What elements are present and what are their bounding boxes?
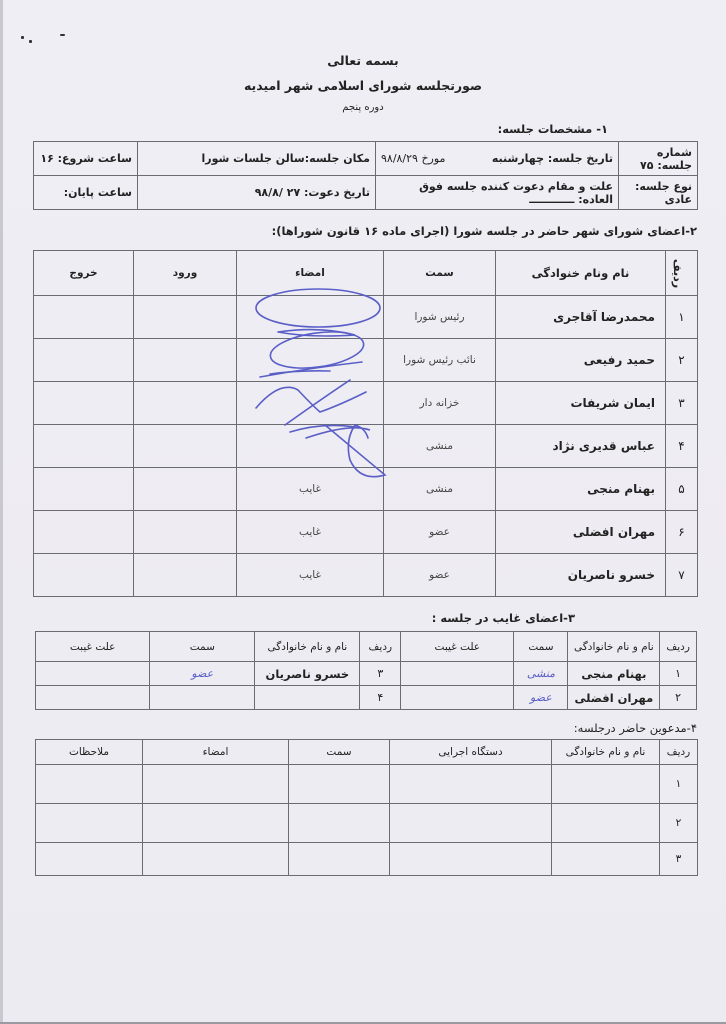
col-position: سمت (289, 740, 390, 765)
col-position: سمت (514, 632, 568, 662)
signature-3-stroke (256, 387, 366, 412)
absent-name: خسرو ناصریان (255, 662, 360, 686)
absence-reason (401, 662, 514, 686)
invitation-date: تاریخ دعوت: ۲۷ /۹۸/۸ (138, 176, 376, 210)
member-exit (34, 382, 134, 425)
extraordinary-reason: علت و مقام دعوت کننده جلسه فوق العاده: ـ… (376, 176, 619, 210)
absent-name: بهنام منجی (568, 662, 660, 686)
scan-speck (60, 34, 65, 36)
member-name: محمدرضا آقاجری (496, 296, 666, 339)
table-row: ۲ (36, 804, 698, 843)
invitee-signature (143, 765, 289, 804)
col-exit: خروج (34, 251, 134, 296)
signature-4-stroke (325, 425, 385, 477)
invitee-position (289, 765, 390, 804)
end-time: ساعت پایان: (34, 176, 138, 210)
absent-position: عضو (150, 662, 255, 686)
member-signature: غایب (237, 554, 384, 597)
member-entry (134, 511, 237, 554)
member-entry (134, 382, 237, 425)
invitee-position (289, 843, 390, 876)
absent-position (150, 686, 255, 710)
session-date: تاریخ جلسه: چهارشنبهمورخ ۹۸/۸/۲۹ (376, 142, 619, 176)
session-dated: مورخ ۹۸/۸/۲۹ (381, 152, 445, 165)
invitee-name (552, 843, 660, 876)
document-title: صورتجلسه شورای اسلامی شهر امیدیه (0, 78, 726, 93)
table-row: ۱ بهنام منجی منشی ۳ خسرو ناصریان عضو (36, 662, 697, 686)
page-edge (0, 0, 3, 1024)
table-row: ۳ (36, 843, 698, 876)
section3-title: ۳-اعضای غایب در جلسه : (432, 611, 575, 625)
session-info-row: نوع جلسه: عادی علت و مقام دعوت کننده جلس… (34, 176, 698, 210)
session-info-row: شماره جلسه: ۷۵ تاریخ جلسه: چهارشنبهمورخ … (34, 142, 698, 176)
invitees-table: ردیف نام و نام خانوادگی دستگاه اجرایی سم… (35, 739, 698, 876)
table-row: ۲ مهران افضلی عضو ۴ (36, 686, 697, 710)
session-info-table: شماره جلسه: ۷۵ تاریخ جلسه: چهارشنبهمورخ … (33, 141, 698, 210)
row-number: ۲ (660, 804, 698, 843)
row-number: ۷ (666, 554, 698, 597)
absent-members-table: ردیف نام و نام خانوادگی سمت علت غیبت ردی… (35, 631, 697, 710)
member-exit (34, 425, 134, 468)
member-exit (34, 339, 134, 382)
handwritten-signatures (240, 280, 410, 490)
row-number: ۳ (360, 662, 401, 686)
section4-title: ۴-مدعوین حاضر درجلسه: (574, 721, 697, 735)
member-entry (134, 554, 237, 597)
scan-speck (29, 40, 32, 43)
col-reason: علت غیبت (401, 632, 514, 662)
session-number: شماره جلسه: ۷۵ (619, 142, 698, 176)
session-location: مکان جلسه:سالن جلسات شورا (138, 142, 376, 176)
col-reason: علت غیبت (36, 632, 150, 662)
member-signature: غایب (237, 511, 384, 554)
absent-position: منشی (514, 662, 568, 686)
member-entry (134, 296, 237, 339)
member-position: عضو (384, 511, 496, 554)
absent-position: عضو (514, 686, 568, 710)
absence-reason (36, 662, 150, 686)
invitee-notes (36, 843, 143, 876)
col-row: ردیف (660, 740, 698, 765)
member-exit (34, 554, 134, 597)
row-number: ۱ (660, 765, 698, 804)
absence-reason (401, 686, 514, 710)
term-label: دوره پنجم (0, 102, 726, 113)
member-entry (134, 425, 237, 468)
table-row: ۷ خسرو ناصریان عضو غایب (34, 554, 698, 597)
row-number: ۲ (660, 686, 697, 710)
col-row: ردیف (666, 251, 698, 296)
member-name: خسرو ناصریان (496, 554, 666, 597)
absence-reason (36, 686, 150, 710)
scan-speck (21, 36, 24, 39)
section1-title: ۱- مشخصات جلسه: (498, 122, 608, 136)
row-number: ۱ (660, 662, 697, 686)
invitee-agency (390, 804, 552, 843)
invitee-agency (390, 765, 552, 804)
table-header-row: ردیف نام و نام خانوادگی دستگاه اجرایی سم… (36, 740, 698, 765)
member-position: عضو (384, 554, 496, 597)
row-number: ۳ (666, 382, 698, 425)
member-name: ایمان شریفات (496, 382, 666, 425)
col-notes: ملاحظات (36, 740, 143, 765)
invitee-agency (390, 843, 552, 876)
col-name: نام و نام خانوادگی (255, 632, 360, 662)
row-number: ۲ (666, 339, 698, 382)
col-agency: دستگاه اجرایی (390, 740, 552, 765)
invitee-name (552, 804, 660, 843)
member-name: عباس قدیری نژاد (496, 425, 666, 468)
member-entry (134, 468, 237, 511)
invitee-name (552, 765, 660, 804)
invitee-notes (36, 765, 143, 804)
member-name: حمید رفیعی (496, 339, 666, 382)
invitee-signature (143, 843, 289, 876)
start-time: ساعت شروع: ۱۶ (34, 142, 138, 176)
signature-1-icon (256, 289, 380, 327)
section2-title: ۲-اعضای شورای شهر حاضر در جلسه شورا (اجر… (272, 224, 697, 238)
invitee-notes (36, 804, 143, 843)
invitee-position (289, 804, 390, 843)
col-row: ردیف (360, 632, 401, 662)
col-entry: ورود (134, 251, 237, 296)
scanned-page: بسمه تعالی صورتجلسه شورای اسلامی شهر امی… (0, 0, 726, 1024)
member-exit (34, 511, 134, 554)
row-number: ۴ (666, 425, 698, 468)
member-exit (34, 468, 134, 511)
table-row: ۶ مهران افضلی عضو غایب (34, 511, 698, 554)
member-name: بهنام منجی (496, 468, 666, 511)
row-number: ۳ (660, 843, 698, 876)
absent-name (255, 686, 360, 710)
row-number: ۴ (360, 686, 401, 710)
col-name: نام و نام خانوادگی (552, 740, 660, 765)
col-name: نام ونام خنوادگی (496, 251, 666, 296)
member-exit (34, 296, 134, 339)
member-name: مهران افضلی (496, 511, 666, 554)
session-type: نوع جلسه: عادی (619, 176, 698, 210)
member-entry (134, 339, 237, 382)
table-header-row: ردیف نام و نام خانوادگی سمت علت غیبت ردی… (36, 632, 697, 662)
row-number: ۶ (666, 511, 698, 554)
absent-name: مهران افضلی (568, 686, 660, 710)
row-number: ۱ (666, 296, 698, 339)
row-number: ۵ (666, 468, 698, 511)
col-position: سمت (150, 632, 255, 662)
table-row: ۱ (36, 765, 698, 804)
invocation: بسمه تعالی (0, 53, 726, 68)
col-signature: امضاء (143, 740, 289, 765)
invitee-signature (143, 804, 289, 843)
col-row: ردیف (660, 632, 697, 662)
col-name: نام و نام خانوادگی (568, 632, 660, 662)
